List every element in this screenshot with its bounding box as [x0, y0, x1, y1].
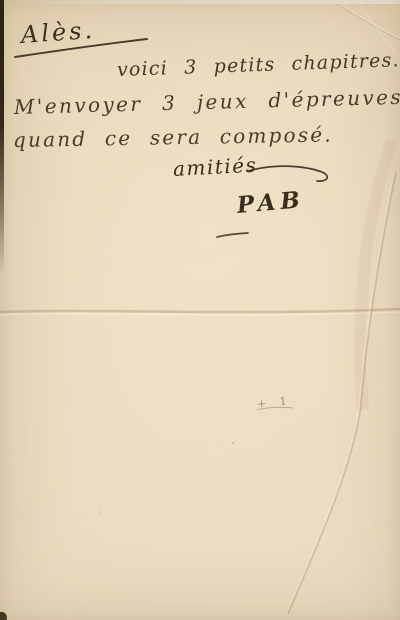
- crease-right-highlight: [286, 172, 394, 614]
- paper-speck-1: [232, 442, 234, 444]
- letter-location: Alès.: [20, 16, 96, 49]
- crease-top-right-1: [336, 2, 400, 38]
- crease-top-right-1-shadow: [337, 4, 400, 40]
- closing-flourish-stroke: [248, 166, 327, 181]
- paper-speck-2: [99, 511, 101, 513]
- letter-closing: amitiés: [172, 153, 257, 181]
- crease-right-diagonal: [288, 172, 396, 614]
- fold-crease-horizontal: [0, 309, 400, 312]
- letter-page: Alès. voici 3 petits chapitres. M'envoye…: [0, 0, 400, 620]
- signature-underline-stroke: [217, 233, 248, 237]
